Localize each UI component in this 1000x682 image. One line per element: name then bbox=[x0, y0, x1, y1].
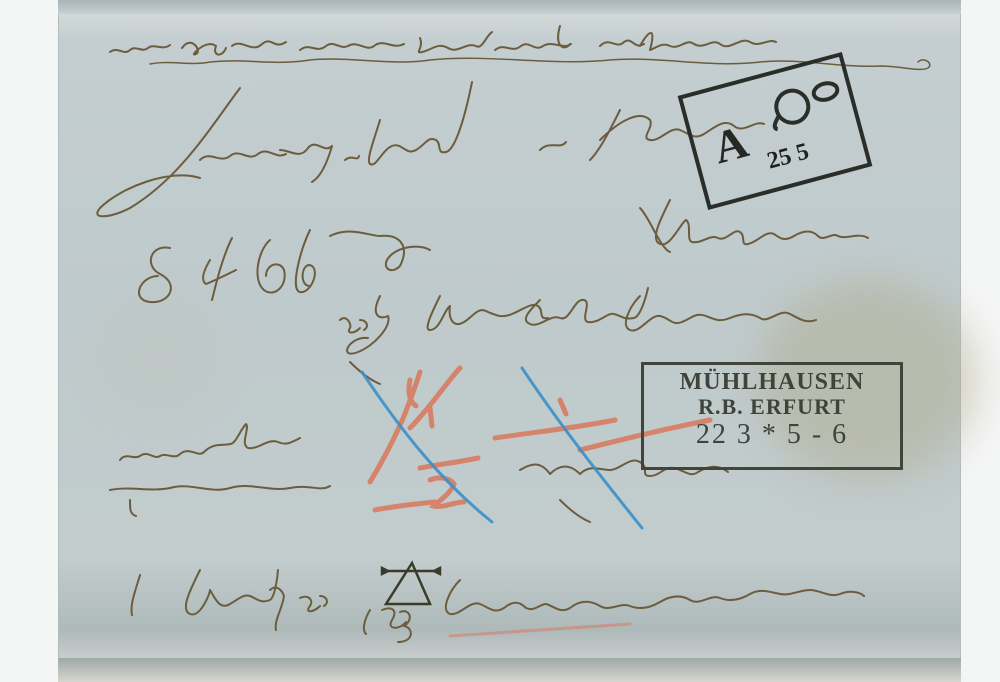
postmark-date: 22 3 * 5 - 6 bbox=[644, 419, 900, 451]
stamp-number: 25 5 bbox=[764, 139, 812, 176]
muhlhausen-postmark: MÜHLHAUSEN R.B. ERFURT 22 3 * 5 - 6 bbox=[641, 362, 903, 470]
postmark-district: R.B. ERFURT bbox=[644, 395, 900, 419]
post-horn-icon bbox=[760, 68, 850, 137]
postmark-town: MÜHLHAUSEN bbox=[644, 369, 900, 395]
stamp-letter: A bbox=[708, 115, 754, 175]
